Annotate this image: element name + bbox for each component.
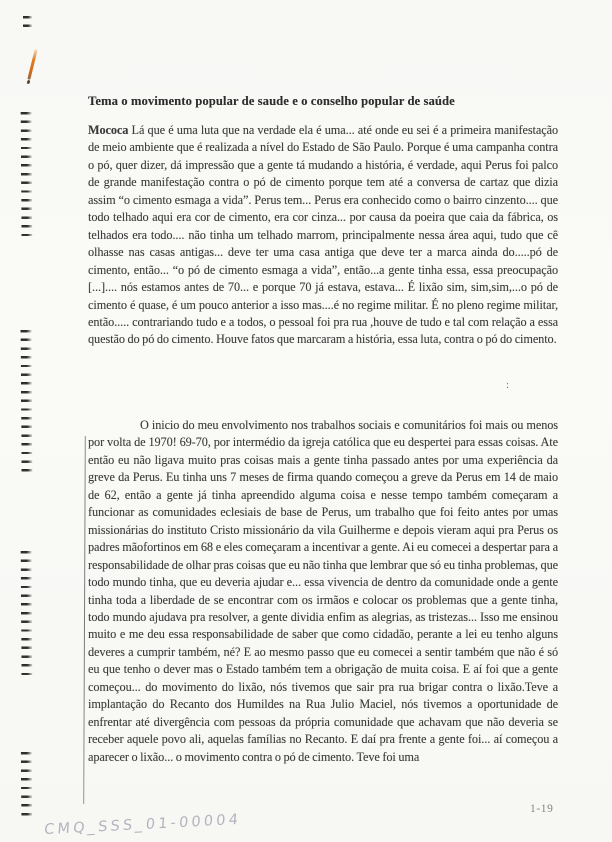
edge-binding-marks-4 [21,752,32,816]
scan-speck: : [506,379,509,391]
edge-binding-marks-2 [21,330,33,472]
paragraph-1-text: Lá que é uma luta que na verdade ela é u… [88,123,558,346]
edge-binding-marks-top [23,16,32,32]
document-title: Tema o movimento popular de saude e o co… [88,94,560,109]
speaker-name: Mococa [88,123,128,137]
paragraph-2: O inicio do meu envolvimento nos trabalh… [88,417,558,766]
edge-binding-marks-3 [21,551,33,677]
handwritten-archive-code: CMQ_SSS_01-00004 [44,812,242,838]
page-number: 1-19 [530,803,553,815]
paragraph-1: Mococa Lá que é uma luta que na verdade … [88,122,558,349]
margin-pen-line [83,436,86,804]
orange-pen-mark [27,49,37,80]
pen-mark-speck [26,80,30,85]
edge-binding-marks-1 [21,112,33,241]
scanned-document-page: Tema o movimento popular de saude e o co… [0,0,612,842]
